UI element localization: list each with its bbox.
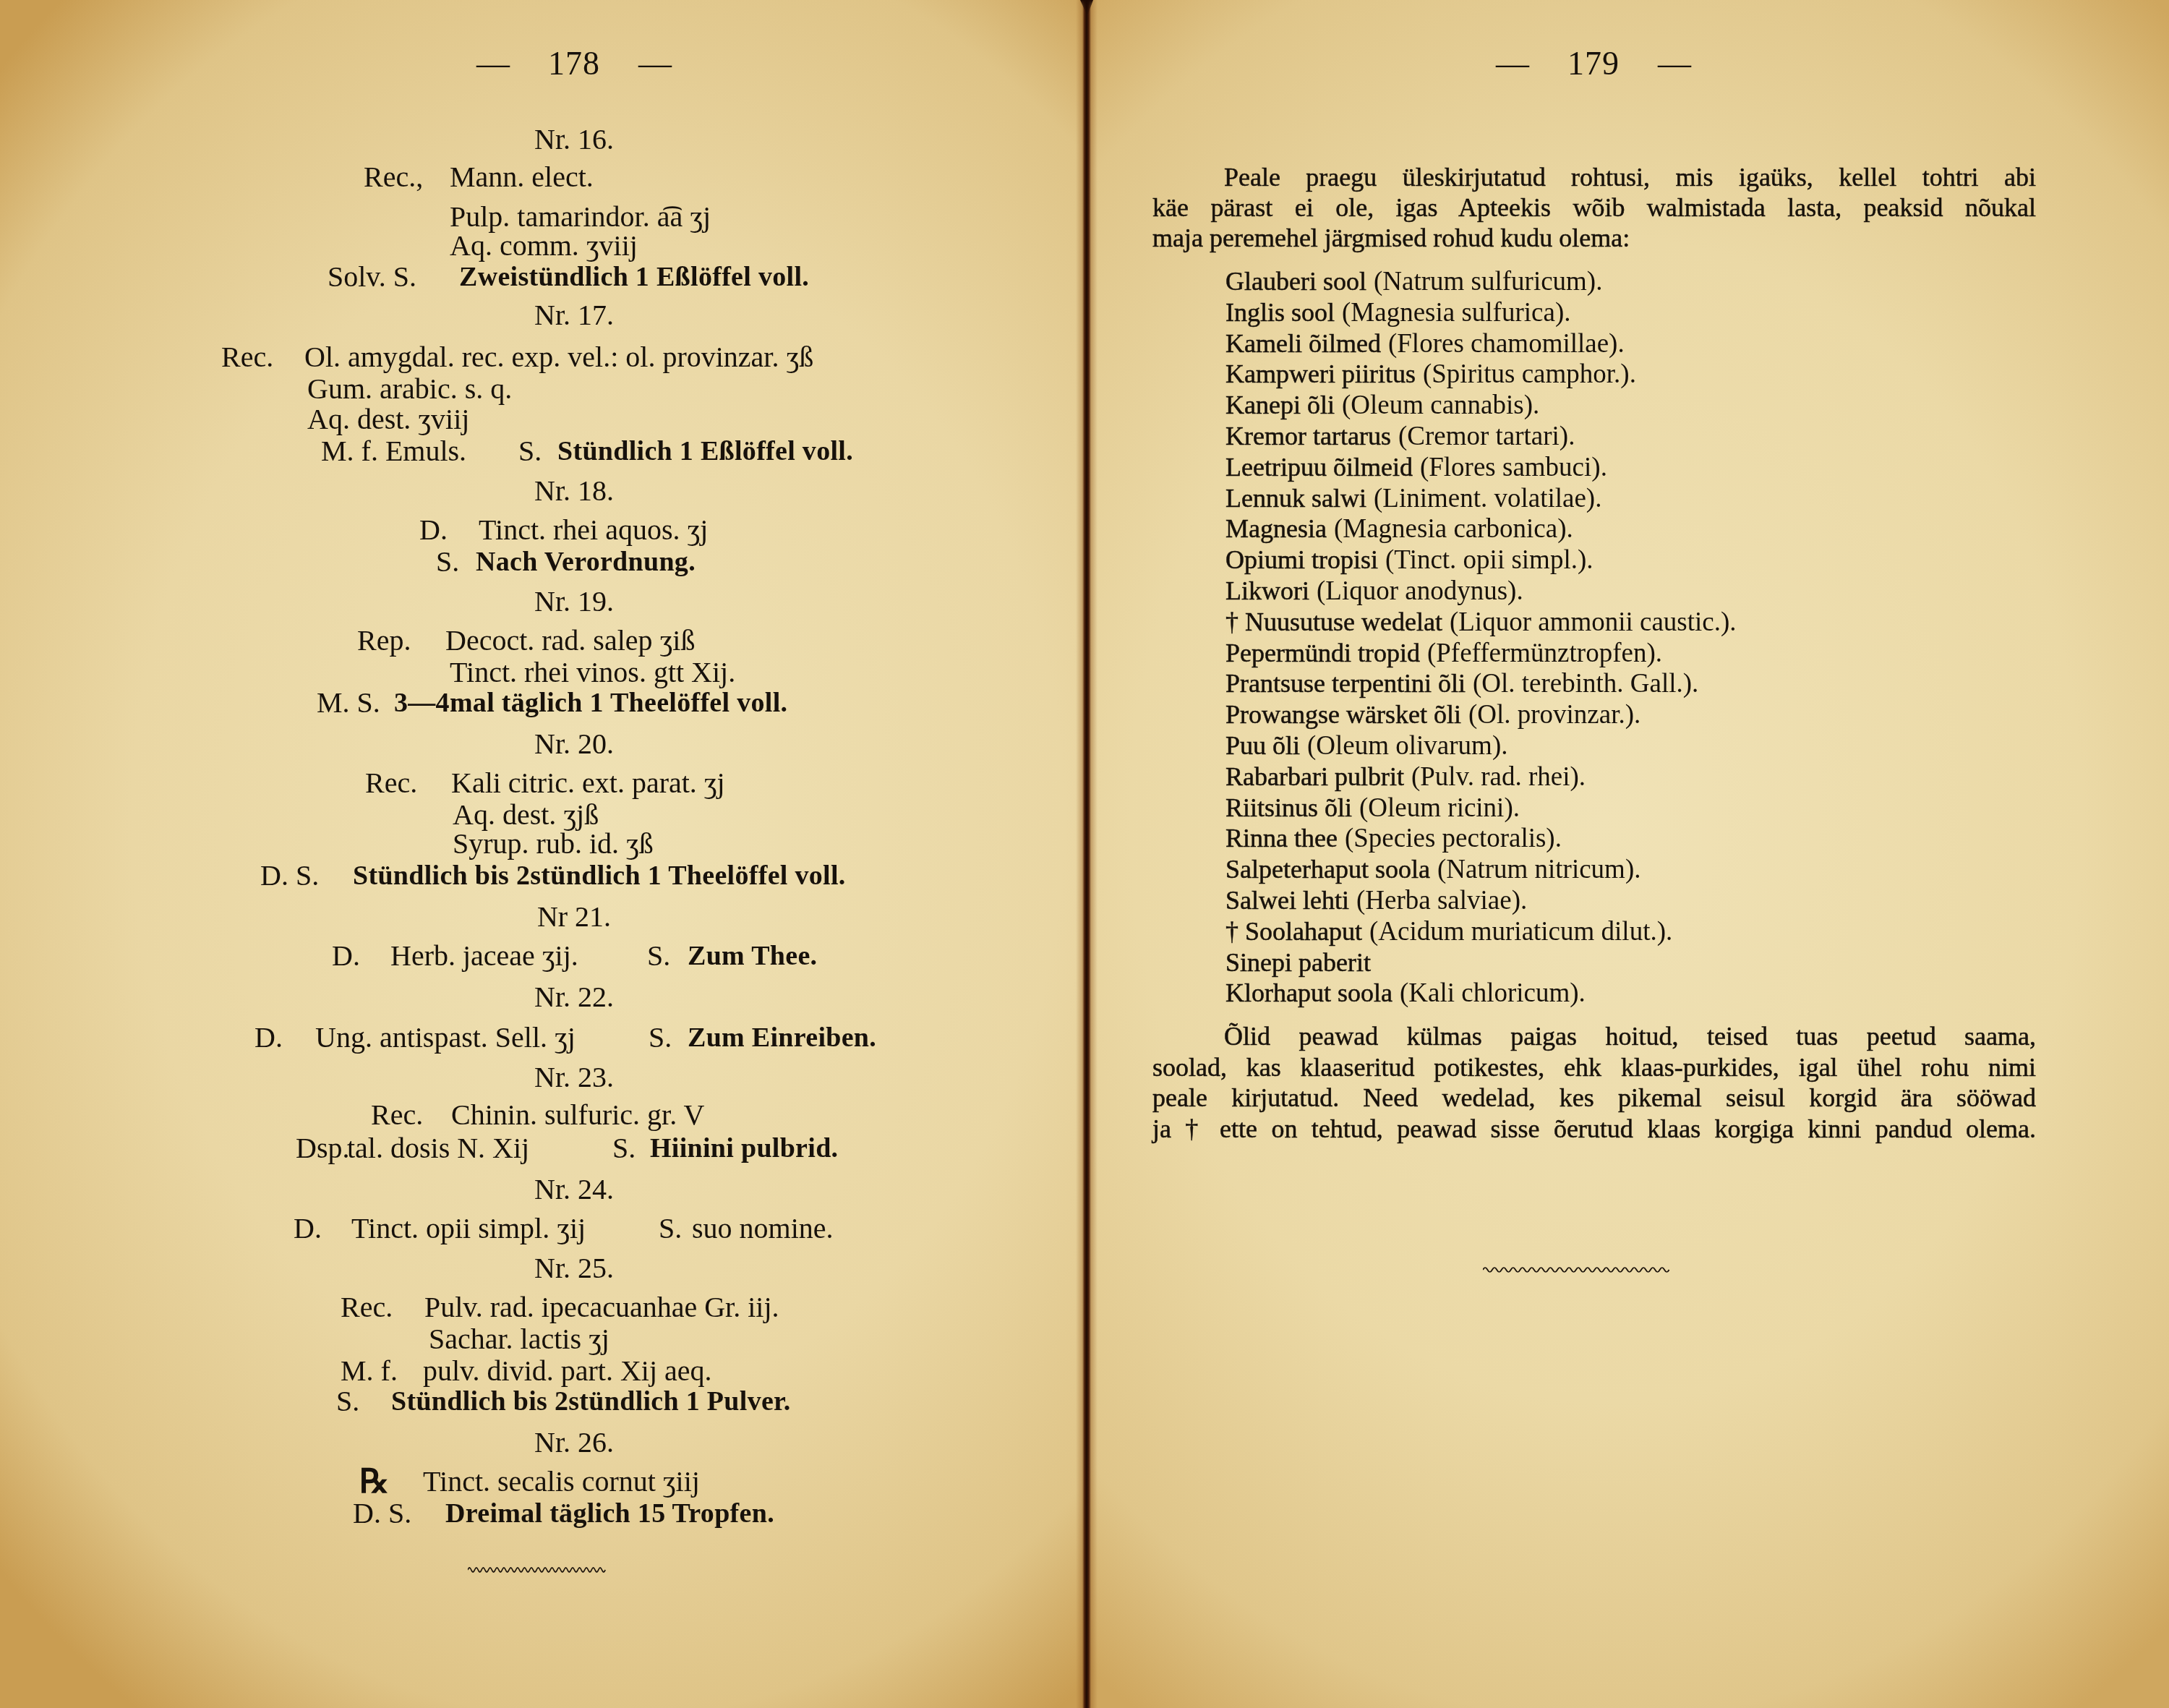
remedy-item: Kremor tartarus(Cremor tartari).	[1225, 421, 2057, 452]
intro-paragraph: Peale praegu üleskirjutatud rohtusi, mis…	[1152, 162, 2036, 253]
prescription-text: Syrup. rub. id. ʒß	[453, 827, 654, 861]
recipe-heading: Nr. 19.	[429, 584, 719, 619]
paragraph-line: maja peremehel järgmised rohud kudu olem…	[1152, 223, 2036, 253]
remedy-item: Opiumi tropisi(Tinct. opii simpl.).	[1225, 545, 2057, 576]
prescription-label: S.	[336, 1384, 359, 1419]
recipe-heading: Nr. 22.	[429, 980, 719, 1015]
recipe-line: Rep. Decoct. rad. salep ʒiß	[0, 623, 1084, 658]
recipe-line: Dsp. tal. dosis N. Xij S. Hiinini pulbri…	[0, 1131, 1084, 1166]
recipe-heading: Nr. 16.	[429, 122, 719, 157]
prescription-text: Ung. antispast. Sell. ʒj	[315, 1020, 576, 1055]
remedy-name: Sinepi paberit	[1225, 948, 1371, 977]
recipe-heading: Nr. 20.	[429, 727, 719, 761]
prescription-label: Rec.	[341, 1290, 393, 1325]
remedy-name: Salwei lehti	[1225, 886, 1349, 915]
recipe-heading: Nr. 18.	[429, 474, 719, 508]
remedy-name: Pepermündi tropid	[1225, 639, 1420, 667]
prescription-label: Rec.	[221, 340, 273, 375]
remedy-latin: (Kali chloricum).	[1400, 978, 1586, 1008]
remedy-latin: (Herba salviae).	[1356, 886, 1527, 915]
recipe-symbol: ℞	[359, 1464, 389, 1499]
dosage-directions: Zum Thee.	[688, 939, 817, 973]
remedy-latin: (Spiritus camphor.).	[1423, 359, 1636, 389]
signa-label: S.	[612, 1131, 636, 1166]
remedy-latin: (Oleum ricini).	[1359, 793, 1520, 823]
prescription-text: Chinin. sulfuric. gr. V	[451, 1098, 704, 1132]
prescription-text: Aq. comm. ʒviij	[450, 229, 638, 263]
recipe-line: D. Tinct. opii simpl. ʒij S. suo nomine.	[0, 1211, 1084, 1246]
remedy-name: Opiumi tropisi	[1225, 545, 1378, 574]
prescription-text: Tinct. rhei vinos. gtt Xij.	[450, 655, 735, 690]
remedy-item: Rinna thee(Species pectoralis).	[1225, 823, 2057, 854]
remedy-item: Riitsinus õli(Oleum ricini).	[1225, 793, 2057, 824]
remedy-item: Klorhaput soola(Kali chloricum).	[1225, 978, 2057, 1009]
remedy-name: Riitsinus õli	[1225, 793, 1352, 822]
prescription-text: Aq. dest. ʒviij	[307, 402, 469, 437]
header-dash-right: —	[638, 42, 672, 85]
header-dash-left: —	[1495, 42, 1530, 85]
recipe-line: S. Nach Verordnung.	[0, 545, 1084, 579]
dosage-directions: 3—4mal täglich 1 Theelöffel voll.	[394, 686, 787, 720]
wavy-rule-ornament	[1483, 1265, 1674, 1274]
remedy-name: Rabarbari pulbrit	[1225, 762, 1404, 791]
remedy-name: Leetripuu õilmeid	[1225, 453, 1413, 482]
recipe-line: D. Herb. jaceae ʒij. S. Zum Thee.	[0, 939, 1084, 973]
recipe-line: ℞ Tinct. secalis cornut ʒiij	[0, 1464, 1084, 1499]
recipe-line: D. S. Stündlich bis 2stündlich 1 Theelöf…	[0, 858, 1084, 893]
recipe-line: Rec., Mann. elect.	[0, 160, 1084, 195]
remedy-name: Lennuk salwi	[1225, 484, 1366, 513]
prescription-text: Gum. arabic. s. q.	[307, 372, 512, 406]
remedy-latin: (Tinct. opii simpl.).	[1385, 545, 1593, 575]
prescription-label: S.	[436, 545, 459, 579]
remedy-latin: (Flores chamomillae).	[1388, 329, 1625, 359]
remedy-item: Puu õli(Oleum olivarum).	[1225, 730, 2057, 761]
remedy-latin: (Ol. terebinth. Gall.).	[1473, 669, 1698, 699]
recipe-line: M. f. pulv. divid. part. Xij aeq.	[0, 1354, 1084, 1388]
recipe-line: Sachar. lactis ʒj	[0, 1322, 1084, 1357]
recipe-heading: Nr. 17.	[429, 298, 719, 333]
remedy-latin: (Magnesia carbonica).	[1334, 514, 1573, 544]
closing-paragraph: Õlid peawad külmas paigas hoitud, teised…	[1152, 1021, 2036, 1145]
prescription-label: D. S.	[260, 858, 319, 893]
dosage-directions: Nach Verordnung.	[476, 545, 696, 579]
recipe-heading: Nr. 26.	[429, 1425, 719, 1460]
recipe-line: Rec. Kali citric. ext. parat. ʒj	[0, 766, 1084, 800]
remedy-latin: (Liquor ammonii caustic.).	[1450, 607, 1737, 637]
remedy-item: Kameli õilmed(Flores chamomillae).	[1225, 328, 2057, 359]
remedy-name: Salpeterhaput soola	[1225, 855, 1430, 884]
remedy-name: Prantsuse terpentini õli	[1225, 669, 1466, 698]
prescription-text: Tinct. rhei aquos. ʒj	[479, 513, 708, 547]
recipe-heading: Nr. 25.	[429, 1251, 719, 1286]
remedy-latin: (Pfeffermünztropfen).	[1427, 639, 1662, 668]
remedy-item: Salwei lehti(Herba salviae).	[1225, 885, 2057, 916]
remedy-name: Kanepi õli	[1225, 390, 1335, 419]
remedy-item: Rabarbari pulbrit(Pulv. rad. rhei).	[1225, 761, 2057, 793]
remedy-latin: (Oleum olivarum).	[1307, 731, 1507, 761]
remedy-latin: (Liniment. volatilae).	[1374, 484, 1601, 513]
remedy-name: † Soolahaput	[1225, 917, 1362, 946]
header-dash-right: —	[1657, 42, 1692, 85]
paragraph-line: peale kirjutatud. Need wedelad, kes pike…	[1152, 1083, 2036, 1114]
prescription-text: Herb. jaceae ʒij.	[390, 939, 578, 973]
recipe-line: Rec. Pulv. rad. ipecacuanhae Gr. iij.	[0, 1290, 1084, 1325]
prescription-label: M. f.	[341, 1354, 398, 1388]
remedy-name: Puu õli	[1225, 731, 1300, 760]
prescription-text: Pulv. rad. ipecacuanhae Gr. iij.	[424, 1290, 779, 1325]
recipe-heading: Nr. 24.	[429, 1172, 719, 1207]
dosage-directions: Stündlich 1 Eßlöffel voll.	[557, 434, 853, 469]
page-header-178: —178—	[429, 42, 719, 85]
recipe-line: Rec. Chinin. sulfuric. gr. V	[0, 1098, 1084, 1132]
remedy-list: Glauberi sool(Natrum sulfuricum). Inglis…	[1225, 266, 2057, 1009]
remedy-name: Glauberi sool	[1225, 267, 1366, 296]
prescription-text: Ol. amygdal. rec. exp. vel.: ol. provinz…	[304, 340, 813, 375]
prescription-text: tal. dosis N. Xij	[347, 1131, 529, 1166]
prescription-text: Tinct. secalis cornut ʒiij	[423, 1464, 700, 1499]
recipe-line: S. Stündlich bis 2stündlich 1 Pulver.	[0, 1384, 1084, 1419]
remedy-name: Kameli õilmed	[1225, 329, 1381, 358]
dosage-directions: Hiinini pulbrid.	[650, 1131, 838, 1166]
remedy-item: Magnesia(Magnesia carbonica).	[1225, 513, 2057, 545]
signa-label: S.	[659, 1211, 682, 1246]
recipe-line: Tinct. rhei vinos. gtt Xij.	[0, 655, 1084, 690]
signa-label: S.	[518, 434, 542, 469]
dosage-directions: Dreimal täglich 15 Tropfen.	[445, 1496, 774, 1531]
paragraph-line: ja † ette on tehtud, peawad sisse õerutu…	[1152, 1114, 2036, 1145]
remedy-item: Leetripuu õilmeid(Flores sambuci).	[1225, 452, 2057, 483]
remedy-item: Salpeterhaput soola(Natrum nitricum).	[1225, 854, 2057, 885]
remedy-item: Kampweri piiritus(Spiritus camphor.).	[1225, 359, 2057, 390]
prescription-text: Kali citric. ext. parat. ʒj	[451, 766, 725, 800]
page-header-179: —179—	[1449, 42, 1738, 85]
remedy-name: Likwori	[1225, 576, 1309, 605]
book-gutter	[1076, 0, 1098, 1708]
prescription-text: Decoct. rad. salep ʒiß	[445, 623, 695, 658]
remedy-latin: (Natrum nitricum).	[1437, 855, 1641, 884]
remedy-item: Glauberi sool(Natrum sulfuricum).	[1225, 266, 2057, 297]
remedy-item: Prantsuse terpentini õli(Ol. terebinth. …	[1225, 668, 2057, 699]
recipe-line: M. f. Emuls. S. Stündlich 1 Eßlöffel vol…	[0, 434, 1084, 469]
remedy-latin: (Ol. provinzar.).	[1468, 700, 1640, 730]
remedy-item: Likwori(Liquor anodynus).	[1225, 576, 2057, 607]
prescription-text: Sachar. lactis ʒj	[429, 1322, 609, 1357]
dosage-directions: Stündlich bis 2stündlich 1 Theelöffel vo…	[353, 858, 846, 893]
recipe-line: Gum. arabic. s. q.	[0, 372, 1084, 406]
page-number: 179	[1567, 42, 1620, 85]
prescription-text: Mann. elect.	[450, 160, 594, 195]
paragraph-line: Õlid peawad külmas paigas hoitud, teised…	[1152, 1021, 2036, 1052]
remedy-item: Sinepi paberit	[1225, 947, 2057, 978]
remedy-item: † Nuusutuse wedelat(Liquor ammonii caust…	[1225, 607, 2057, 638]
dosage-directions: Zweistündlich 1 Eßlöffel voll.	[459, 260, 809, 294]
remedy-name: Kremor tartarus	[1225, 422, 1391, 451]
prescription-text: suo nomine.	[692, 1211, 834, 1246]
remedy-latin: (Cremor tartari).	[1398, 422, 1575, 451]
remedy-name: † Nuusutuse wedelat	[1225, 607, 1442, 636]
prescription-label: Rec.,	[364, 160, 423, 195]
remedy-latin: (Pulv. rad. rhei).	[1411, 762, 1586, 792]
prescription-label: D.	[332, 939, 360, 973]
remedy-latin: (Magnesia sulfurica).	[1342, 298, 1570, 328]
dosage-directions: Stündlich bis 2stündlich 1 Pulver.	[391, 1384, 791, 1419]
prescription-label: D.	[254, 1020, 283, 1055]
signa-label: S.	[647, 939, 670, 973]
recipe-line: Aq. dest. ʒviij	[0, 402, 1084, 437]
paragraph-line: Peale praegu üleskirjutatud rohtusi, mis…	[1152, 162, 2036, 192]
remedy-name: Prowangse wärsket õli	[1225, 700, 1461, 729]
prescription-label: Rec.	[365, 766, 417, 800]
remedy-item: Inglis sool(Magnesia sulfurica).	[1225, 297, 2057, 328]
remedy-latin: (Oleum cannabis).	[1342, 390, 1539, 420]
remedy-name: Inglis sool	[1225, 298, 1335, 327]
prescription-label: D.	[419, 513, 448, 547]
remedy-item: Prowangse wärsket õli(Ol. provinzar.).	[1225, 699, 2057, 730]
prescription-label: M. S.	[317, 686, 380, 720]
left-page: —178— Nr. 16. Rec., Mann. elect. Pulp. t…	[0, 0, 1087, 1708]
recipe-line: Syrup. rub. id. ʒß	[0, 827, 1084, 861]
dosage-directions: Zum Einreiben.	[688, 1020, 876, 1055]
recipe-heading: Nr. 23.	[429, 1060, 719, 1095]
page-number: 178	[548, 42, 600, 85]
header-dash-left: —	[476, 42, 510, 85]
prescription-label: D.	[294, 1211, 322, 1246]
prescription-label: Rec.	[371, 1098, 423, 1132]
recipe-line: Aq. comm. ʒviij	[0, 229, 1084, 263]
recipe-line: Solv. S. Zweistündlich 1 Eßlöffel voll.	[0, 260, 1084, 294]
remedy-item: † Soolahaput(Acidum muriaticum dilut.).	[1225, 916, 2057, 947]
remedy-name: Klorhaput soola	[1225, 978, 1392, 1007]
remedy-item: Kanepi õli(Oleum cannabis).	[1225, 390, 2057, 421]
wavy-rule-ornament	[468, 1566, 609, 1574]
recipe-line: D. S. Dreimal täglich 15 Tropfen.	[0, 1496, 1084, 1531]
paragraph-line: soolad, kas klaaseritud potikestes, ehk …	[1152, 1052, 2036, 1083]
prescription-label: M. f. Emuls.	[321, 434, 466, 469]
signa-label: S.	[649, 1020, 672, 1055]
prescription-text: Tinct. opii simpl. ʒij	[351, 1211, 586, 1246]
prescription-label: Dsp.	[296, 1131, 349, 1166]
remedy-latin: (Flores sambuci).	[1420, 453, 1607, 482]
remedy-item: Lennuk salwi(Liniment. volatilae).	[1225, 483, 2057, 514]
prescription-label: D. S.	[353, 1496, 411, 1531]
recipe-line: D. Tinct. rhei aquos. ʒj	[0, 513, 1084, 547]
remedy-name: Magnesia	[1225, 514, 1327, 543]
remedy-name: Rinna thee	[1225, 824, 1338, 853]
remedy-name: Kampweri piiritus	[1225, 359, 1416, 388]
remedy-item: Pepermündi tropid(Pfeffermünztropfen).	[1225, 638, 2057, 669]
recipe-line: D. Ung. antispast. Sell. ʒj S. Zum Einre…	[0, 1020, 1084, 1055]
remedy-latin: (Acidum muriaticum dilut.).	[1369, 917, 1672, 947]
paragraph-line: käe pärast ei ole, igas Apteekis wõib wa…	[1152, 192, 2036, 223]
recipe-line: Rec. Ol. amygdal. rec. exp. vel.: ol. pr…	[0, 340, 1084, 375]
remedy-latin: (Liquor anodynus).	[1317, 576, 1523, 606]
prescription-label: Solv. S.	[328, 260, 416, 294]
remedy-latin: (Species pectoralis).	[1345, 824, 1562, 853]
prescription-text: pulv. divid. part. Xij aeq.	[423, 1354, 712, 1388]
remedy-latin: (Natrum sulfuricum).	[1374, 267, 1602, 296]
recipe-line: M. S. 3—4mal täglich 1 Theelöffel voll.	[0, 686, 1084, 720]
prescription-label: Rep.	[357, 623, 411, 658]
recipe-heading: Nr 21.	[429, 900, 719, 934]
